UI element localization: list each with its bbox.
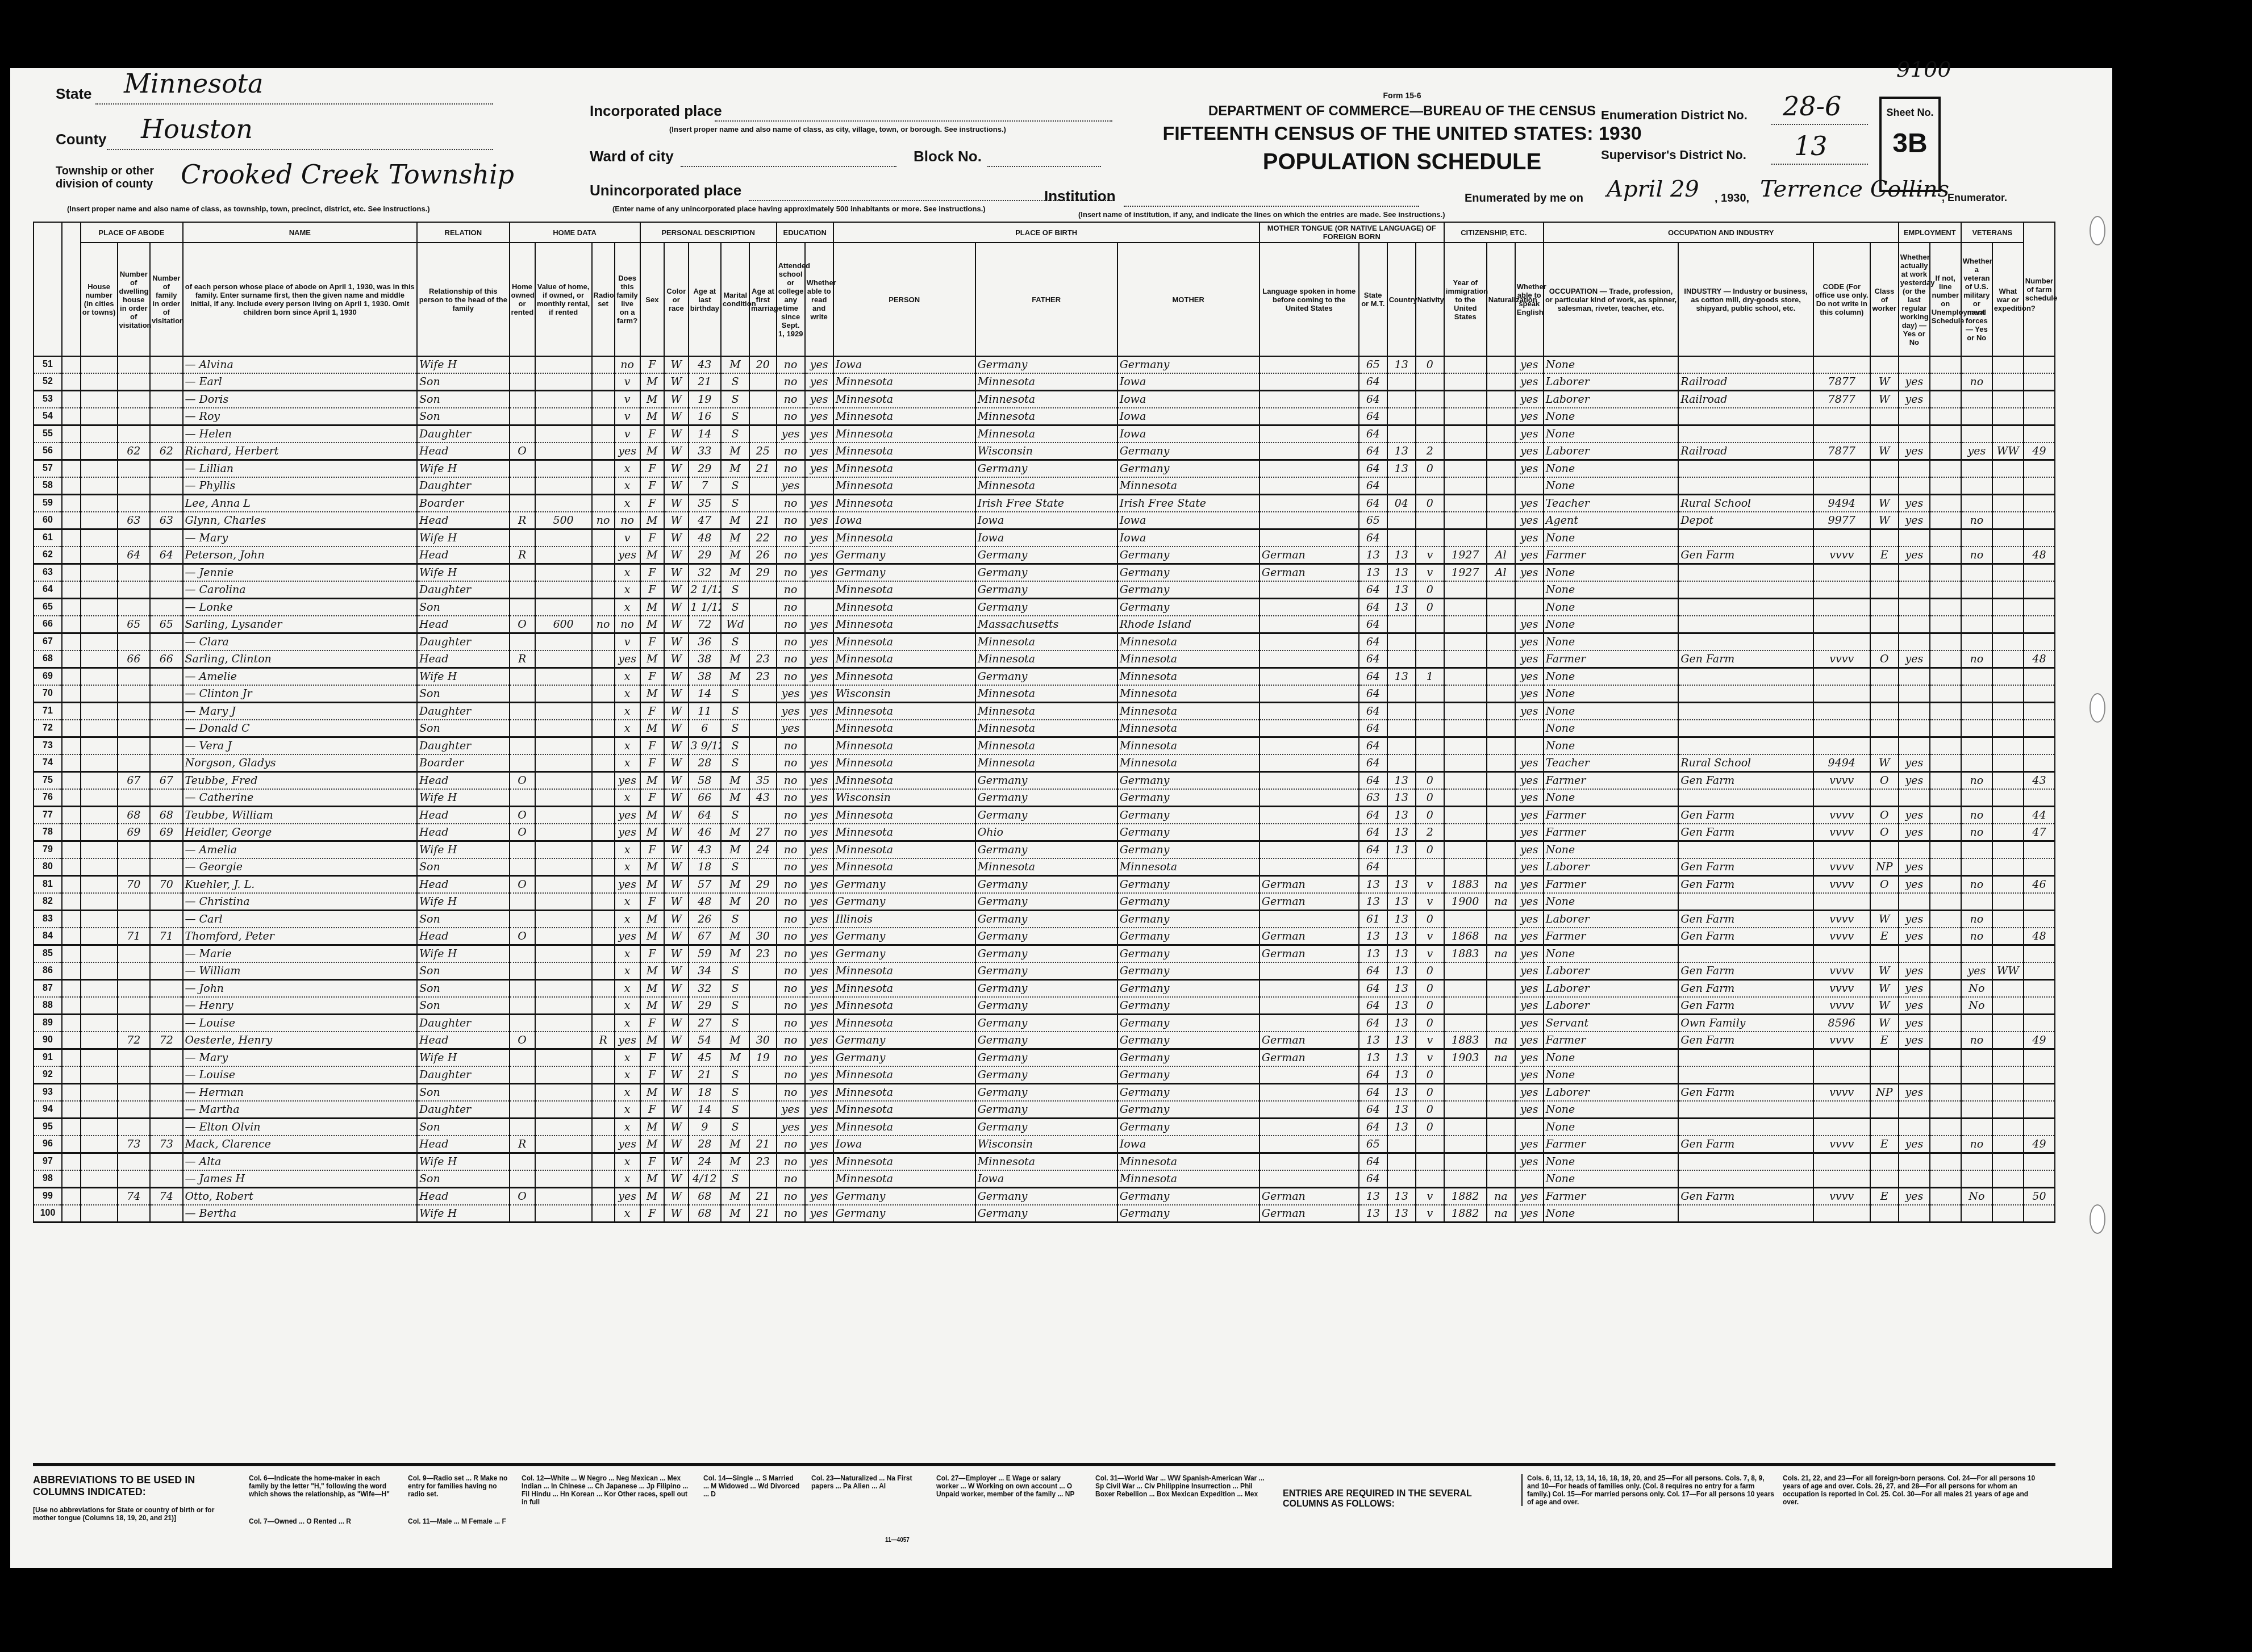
farm-residence-cell: x xyxy=(615,1015,640,1032)
incorporated-place-field[interactable] xyxy=(715,120,1112,122)
supervisor-line xyxy=(1771,164,1868,165)
home-owned-cell xyxy=(510,685,535,703)
farm-residence-cell: x xyxy=(615,737,640,755)
code-b-cell xyxy=(1387,1153,1416,1171)
supervisor-label: Supervisor's District No. xyxy=(1601,148,1746,162)
unemployment-line-cell xyxy=(1930,633,1961,651)
speaks-english-cell: yes xyxy=(1515,512,1544,529)
house-number-cell xyxy=(81,1205,118,1223)
radio-set-cell xyxy=(592,997,615,1015)
farm-schedule-cell: 49 xyxy=(2024,1032,2055,1049)
immigration-year-cell xyxy=(1444,443,1487,460)
veteran-cell: No xyxy=(1961,997,1992,1015)
farm-schedule-cell: 49 xyxy=(2024,443,2055,460)
col12-note: Col. 12—White ... W Negro ... Neg Mexica… xyxy=(522,1474,692,1506)
marital-status-cell: M xyxy=(721,772,749,790)
person-name-cell: — Clara xyxy=(183,633,418,651)
naturalization-header: Naturalization xyxy=(1487,243,1515,356)
code-b-cell: 13 xyxy=(1387,1119,1416,1136)
family-number-cell xyxy=(150,1205,183,1223)
relationship-cell: Son xyxy=(417,1170,510,1188)
birthplace-father-cell: Minnesota xyxy=(975,373,1117,391)
mother-tongue-cell xyxy=(1260,529,1359,547)
person-name-cell: Heidler, George xyxy=(183,824,418,841)
radio-set-cell xyxy=(592,564,615,582)
home-value-cell xyxy=(535,997,592,1015)
attended-school-cell: yes xyxy=(777,703,805,720)
home-value-cell xyxy=(535,1153,592,1171)
family-number-cell xyxy=(150,720,183,737)
code-c-cell xyxy=(1416,685,1444,703)
race-cell: W xyxy=(664,633,689,651)
marital-status-cell: S xyxy=(721,1170,749,1188)
read-write-cell xyxy=(805,599,833,616)
speaks-english-cell: yes xyxy=(1515,876,1544,894)
occupation-code-cell: vvvv xyxy=(1813,772,1870,790)
unemployment-line-cell xyxy=(1930,824,1961,841)
farm-residence-cell: x xyxy=(615,668,640,686)
home-value-cell xyxy=(535,443,592,460)
immigration-year-cell xyxy=(1444,633,1487,651)
occupation-cell: None xyxy=(1544,893,1679,911)
dwelling-number-cell xyxy=(118,980,151,998)
race-cell: W xyxy=(664,841,689,859)
line-number-cell: 86 xyxy=(34,962,62,980)
naturalization-cell: na xyxy=(1487,893,1515,911)
margin-cell xyxy=(62,1015,81,1032)
marital-status-cell: M xyxy=(721,443,749,460)
occupation-code-cell xyxy=(1813,564,1870,582)
home-value-cell xyxy=(535,737,592,755)
speaks-english-cell: yes xyxy=(1515,1153,1544,1171)
sex-cell: F xyxy=(640,841,665,859)
home-owned-cell xyxy=(510,564,535,582)
unemployment-line-cell xyxy=(1930,564,1961,582)
naturalization-cell xyxy=(1487,1015,1515,1032)
occupation-code-cell xyxy=(1813,1153,1870,1171)
race-cell: W xyxy=(664,911,689,928)
naturalization-cell: na xyxy=(1487,1188,1515,1205)
sex-cell: F xyxy=(640,1153,665,1171)
birthplace-person-cell: Iowa xyxy=(833,356,975,373)
attended-school-cell: no xyxy=(777,581,805,599)
age-cell: 46 xyxy=(689,824,722,841)
code-c-cell: 0 xyxy=(1416,997,1444,1015)
house-number-cell xyxy=(81,373,118,391)
age-cell: 57 xyxy=(689,876,722,894)
mother-tongue-cell xyxy=(1260,373,1359,391)
margin-cell xyxy=(62,1066,81,1084)
industry-cell: Railroad xyxy=(1678,443,1813,460)
unemployment-line-cell xyxy=(1930,495,1961,512)
home-value-cell xyxy=(535,945,592,963)
house-number-cell xyxy=(81,928,118,945)
read-write-cell xyxy=(805,581,833,599)
war-cell xyxy=(1992,1136,2024,1153)
speaks-english-cell xyxy=(1515,1170,1544,1188)
birthplace-person-cell: Minnesota xyxy=(833,1084,975,1102)
unemployment-line-cell xyxy=(1930,1101,1961,1119)
farm-schedule-cell xyxy=(2024,962,2055,980)
occupation-cell: None xyxy=(1544,460,1679,478)
immigration-year-cell: 1882 xyxy=(1444,1188,1487,1205)
birthplace-father-cell: Minnesota xyxy=(975,477,1117,495)
line-number-cell: 67 xyxy=(34,633,62,651)
immigration-year-cell xyxy=(1444,581,1487,599)
attended-school-cell: no xyxy=(777,1136,805,1153)
mother-tongue-cell: German xyxy=(1260,893,1359,911)
home-owned-cell: O xyxy=(510,928,535,945)
home-owned-cell: O xyxy=(510,824,535,841)
institution-field[interactable] xyxy=(1124,206,1419,207)
war-cell xyxy=(1992,391,2024,408)
unemployment-line-cell xyxy=(1930,841,1961,859)
age-cell: 28 xyxy=(689,1136,722,1153)
code-b-cell xyxy=(1387,633,1416,651)
enum-district-label: Enumeration District No. xyxy=(1601,108,1748,123)
birthplace-person-cell: Minnesota xyxy=(833,408,975,425)
farm-schedule-cell xyxy=(2024,1205,2055,1223)
occupation-cell: None xyxy=(1544,841,1679,859)
table-row: 89— LouiseDaughterxFW27SnoyesMinnesotaGe… xyxy=(34,1015,2055,1032)
read-write-cell: yes xyxy=(805,876,833,894)
relationship-cell: Wife H xyxy=(417,529,510,547)
age-cell: 24 xyxy=(689,1153,722,1171)
at-work-cell: yes xyxy=(1899,997,1930,1015)
race-cell: W xyxy=(664,789,689,807)
code-b-cell: 13 xyxy=(1387,824,1416,841)
immigration-year-cell xyxy=(1444,807,1487,824)
read-write-cell: yes xyxy=(805,373,833,391)
relationship-cell: Head xyxy=(417,1032,510,1049)
farm-residence-cell: yes xyxy=(615,443,640,460)
occupation-cell: Laborer xyxy=(1544,980,1679,998)
farm-residence-cell: x xyxy=(615,495,640,512)
age-at-marriage-cell xyxy=(749,737,777,755)
occupation-cell: Agent xyxy=(1544,512,1679,529)
code-b-cell xyxy=(1387,373,1416,391)
house-number-cell xyxy=(81,564,118,582)
dwelling-number-cell xyxy=(118,1170,151,1188)
line-number-cell: 97 xyxy=(34,1153,62,1171)
sex-cell: M xyxy=(640,980,665,998)
mother-tongue-cell xyxy=(1260,616,1359,633)
race-cell: W xyxy=(664,529,689,547)
code-c-cell xyxy=(1416,858,1444,876)
occupation-cell: Farmer xyxy=(1544,547,1679,564)
home-value-cell xyxy=(535,547,592,564)
class-of-worker-cell xyxy=(1870,633,1899,651)
unemployment-line-cell xyxy=(1930,754,1961,772)
table-row: 95— Elton OlvinSonxMW9SyesyesMinnesotaGe… xyxy=(34,1119,2055,1136)
family-number-cell xyxy=(150,581,183,599)
occupation-code-cell xyxy=(1813,356,1870,373)
code-a-cell: 64 xyxy=(1359,997,1387,1015)
house-number-cell xyxy=(81,1049,118,1067)
dwelling-number-cell xyxy=(118,477,151,495)
attended-school-cell: no xyxy=(777,633,805,651)
occupation-cell: Farmer xyxy=(1544,807,1679,824)
industry-cell xyxy=(1678,616,1813,633)
occupation-cell: None xyxy=(1544,564,1679,582)
marital-status-cell: M xyxy=(721,841,749,859)
birthplace-mother-cell: Minnesota xyxy=(1117,1153,1260,1171)
read-write-cell xyxy=(805,737,833,755)
radio-set-cell xyxy=(592,962,615,980)
enumerated-label: Enumerated by me on xyxy=(1465,192,1583,205)
birthplace-person-cell: Minnesota xyxy=(833,581,975,599)
unemployment-line-cell xyxy=(1930,858,1961,876)
home-value-cell xyxy=(535,824,592,841)
war-cell xyxy=(1992,841,2024,859)
immigration-year-cell: 1900 xyxy=(1444,893,1487,911)
speaks-english-cell: yes xyxy=(1515,443,1544,460)
line-number-cell: 53 xyxy=(34,391,62,408)
code-a-cell: 64 xyxy=(1359,425,1387,443)
age-at-marriage-cell: 23 xyxy=(749,1153,777,1171)
farm-residence-cell: yes xyxy=(615,824,640,841)
immigration-year-cell xyxy=(1444,425,1487,443)
unemployment-line-cell xyxy=(1930,703,1961,720)
mother-tongue-cell xyxy=(1260,391,1359,408)
code-a-cell: 64 xyxy=(1359,1015,1387,1032)
speaks-english-cell: yes xyxy=(1515,495,1544,512)
relationship-cell: Wife H xyxy=(417,356,510,373)
class-of-worker-cell: O xyxy=(1870,824,1899,841)
industry-cell: Gen Farm xyxy=(1678,858,1813,876)
speaks-english-cell: yes xyxy=(1515,633,1544,651)
code-b-cell xyxy=(1387,720,1416,737)
house-number-cell xyxy=(81,737,118,755)
farm-residence-cell: x xyxy=(615,1205,640,1223)
read-write-cell: yes xyxy=(805,772,833,790)
race-cell: W xyxy=(664,720,689,737)
citizenship-group: CITIZENSHIP, ETC. xyxy=(1444,222,1544,243)
code-a-cell: 64 xyxy=(1359,668,1387,686)
veteran-cell xyxy=(1961,858,1992,876)
at-work-cell xyxy=(1899,633,1930,651)
birthplace-person-cell: Minnesota xyxy=(833,720,975,737)
war-cell xyxy=(1992,1188,2024,1205)
class-of-worker-cell xyxy=(1870,460,1899,478)
birthplace-mother-cell: Germany xyxy=(1117,1032,1260,1049)
margin-cell xyxy=(62,772,81,790)
war-cell xyxy=(1992,1153,2024,1171)
class-of-worker-cell xyxy=(1870,720,1899,737)
occupation-cell: None xyxy=(1544,1153,1679,1171)
naturalization-cell xyxy=(1487,391,1515,408)
read-write-cell: yes xyxy=(805,1084,833,1102)
age-at-marriage-cell xyxy=(749,1170,777,1188)
veteran-cell xyxy=(1961,1153,1992,1171)
veteran-cell xyxy=(1961,1049,1992,1067)
farm-residence-cell: yes xyxy=(615,547,640,564)
veteran-cell: no xyxy=(1961,824,1992,841)
code-c-cell xyxy=(1416,512,1444,529)
code-b-cell xyxy=(1387,512,1416,529)
speaks-english-cell: yes xyxy=(1515,425,1544,443)
dwelling-number-cell: 71 xyxy=(118,928,151,945)
naturalization-cell xyxy=(1487,495,1515,512)
ward-field[interactable] xyxy=(681,166,896,167)
read-write-cell: yes xyxy=(805,408,833,425)
read-write-cell: yes xyxy=(805,962,833,980)
farm-schedule-cell xyxy=(2024,1015,2055,1032)
person-name-cell: — Roy xyxy=(183,408,418,425)
at-work-cell xyxy=(1899,1170,1930,1188)
marital-status-cell: S xyxy=(721,391,749,408)
block-field[interactable] xyxy=(987,166,1101,167)
mother-tongue-cell: German xyxy=(1260,1188,1359,1205)
margin-cell xyxy=(62,911,81,928)
age-at-marriage-cell xyxy=(749,703,777,720)
industry-cell xyxy=(1678,1049,1813,1067)
line-number-cell: 59 xyxy=(34,495,62,512)
family-number-cell xyxy=(150,911,183,928)
dwelling-number-cell xyxy=(118,425,151,443)
speaks-english-cell: yes xyxy=(1515,356,1544,373)
attended-school-cell: no xyxy=(777,616,805,633)
at-work-cell xyxy=(1899,1066,1930,1084)
birthplace-mother-cell: Irish Free State xyxy=(1117,495,1260,512)
at-work-cell xyxy=(1899,1153,1930,1171)
mother-tongue-cell xyxy=(1260,1119,1359,1136)
code-a-cell: 13 xyxy=(1359,547,1387,564)
war-cell xyxy=(1992,547,2024,564)
age-cell: 18 xyxy=(689,858,722,876)
sex-cell: F xyxy=(640,1049,665,1067)
home-owned-cell: O xyxy=(510,443,535,460)
table-row: 80— GeorgieSonxMW18SnoyesMinnesotaMinnes… xyxy=(34,858,2055,876)
class-of-worker-cell xyxy=(1870,1119,1899,1136)
unemployment-line-cell xyxy=(1930,599,1961,616)
relationship-cell: Daughter xyxy=(417,1066,510,1084)
industry-cell: Railroad xyxy=(1678,373,1813,391)
read-write-cell: yes xyxy=(805,633,833,651)
sex-cell: F xyxy=(640,425,665,443)
class-of-worker-cell: W xyxy=(1870,911,1899,928)
class-of-worker-cell xyxy=(1870,893,1899,911)
code-c-cell xyxy=(1416,391,1444,408)
radio-set-cell xyxy=(592,737,615,755)
line-number-cell: 75 xyxy=(34,772,62,790)
veteran-cell xyxy=(1961,841,1992,859)
unemployment-line-cell xyxy=(1930,911,1961,928)
line-number-cell: 61 xyxy=(34,529,62,547)
birthplace-mother-cell: Germany xyxy=(1117,1015,1260,1032)
occupation-code-cell xyxy=(1813,1049,1870,1067)
at-work-cell: yes xyxy=(1899,824,1930,841)
family-number-cell: 73 xyxy=(150,1136,183,1153)
veteran-cell: no xyxy=(1961,512,1992,529)
marital-status-cell: S xyxy=(721,807,749,824)
speaks-english-cell: yes xyxy=(1515,945,1544,963)
marital-status-cell: M xyxy=(721,460,749,478)
person-name-cell: — Mary xyxy=(183,1049,418,1067)
mother-tongue-cell xyxy=(1260,460,1359,478)
war-cell xyxy=(1992,703,2024,720)
farm-residence-cell: x xyxy=(615,685,640,703)
dwelling-number-cell: 73 xyxy=(118,1136,151,1153)
at-work-cell xyxy=(1899,841,1930,859)
sex-cell: M xyxy=(640,858,665,876)
radio-set-cell xyxy=(592,1119,615,1136)
read-write-cell: yes xyxy=(805,512,833,529)
race-cell: W xyxy=(664,1136,689,1153)
table-row: 51— AlvinaWife HnoFW43M20noyesIowaGerman… xyxy=(34,356,2055,373)
age-cell: 58 xyxy=(689,772,722,790)
industry-cell: Depot xyxy=(1678,512,1813,529)
code-a-cell: 64 xyxy=(1359,824,1387,841)
occupation-code-cell: 8596 xyxy=(1813,1015,1870,1032)
table-row: 847171Thomford, PeterHeadOyesMW67M30noye… xyxy=(34,928,2055,945)
line-number-cell: 89 xyxy=(34,1015,62,1032)
margin-cell xyxy=(62,841,81,859)
unemployment-line-cell xyxy=(1930,373,1961,391)
occupation-cell: None xyxy=(1544,1066,1679,1084)
farm-residence-cell: yes xyxy=(615,650,640,668)
at-work-cell: yes xyxy=(1899,928,1930,945)
census-rows: 51— AlvinaWife HnoFW43M20noyesIowaGerman… xyxy=(34,356,2055,1223)
birthplace-person-cell: Minnesota xyxy=(833,772,975,790)
veteran-cell xyxy=(1961,668,1992,686)
occupation-cell: Farmer xyxy=(1544,1032,1679,1049)
birthplace-person-cell: Minnesota xyxy=(833,962,975,980)
immigration-year-cell: 1868 xyxy=(1444,928,1487,945)
dwelling-number-cell xyxy=(118,858,151,876)
home-value-cell xyxy=(535,373,592,391)
birthplace-person-cell: Germany xyxy=(833,1205,975,1223)
speaks-english-cell xyxy=(1515,1119,1544,1136)
age-at-marriage-cell: 43 xyxy=(749,789,777,807)
birthplace-father-cell: Germany xyxy=(975,1084,1117,1102)
unemployment-line-cell xyxy=(1930,477,1961,495)
birthplace-mother-cell: Germany xyxy=(1117,945,1260,963)
home-owned-cell xyxy=(510,408,535,425)
at-work-cell xyxy=(1899,1101,1930,1119)
class-of-worker-cell xyxy=(1870,1101,1899,1119)
family-number-cell xyxy=(150,564,183,582)
farm-residence-cell: x xyxy=(615,858,640,876)
attended-school-cell: no xyxy=(777,443,805,460)
class-of-worker-cell: W xyxy=(1870,495,1899,512)
sex-cell: M xyxy=(640,443,665,460)
birthplace-person-cell: Minnesota xyxy=(833,807,975,824)
war-cell xyxy=(1992,1066,2024,1084)
relationship-cell: Head xyxy=(417,547,510,564)
farm-residence-cell: x xyxy=(615,1101,640,1119)
immigration-year-cell xyxy=(1444,737,1487,755)
school-header: Attended school or college any time sinc… xyxy=(777,243,805,356)
war-cell xyxy=(1992,477,2024,495)
birthplace-father-cell: Minnesota xyxy=(975,703,1117,720)
line-number-cell: 95 xyxy=(34,1119,62,1136)
house-number-cell xyxy=(81,1153,118,1171)
family-number-cell xyxy=(150,373,183,391)
radio-set-cell xyxy=(592,1101,615,1119)
unemployment-line-cell xyxy=(1930,1136,1961,1153)
farm-residence-cell: yes xyxy=(615,1136,640,1153)
table-row: 88— HenrySonxMW29SnoyesMinnesotaGermanyG… xyxy=(34,997,2055,1015)
farm-schedule-cell: 49 xyxy=(2024,1136,2055,1153)
birthplace-person-cell: Minnesota xyxy=(833,1101,975,1119)
language-header: Language spoken in home before coming to… xyxy=(1260,243,1359,356)
speaks-english-cell: yes xyxy=(1515,529,1544,547)
birthplace-mother-cell: Rhode Island xyxy=(1117,616,1260,633)
war-cell xyxy=(1992,1101,2024,1119)
table-row: 666565Sarling, LysanderHeadO600nonoMW72W… xyxy=(34,616,2055,633)
table-row: 786969Heidler, GeorgeHeadOyesMW46M27noye… xyxy=(34,824,2055,841)
